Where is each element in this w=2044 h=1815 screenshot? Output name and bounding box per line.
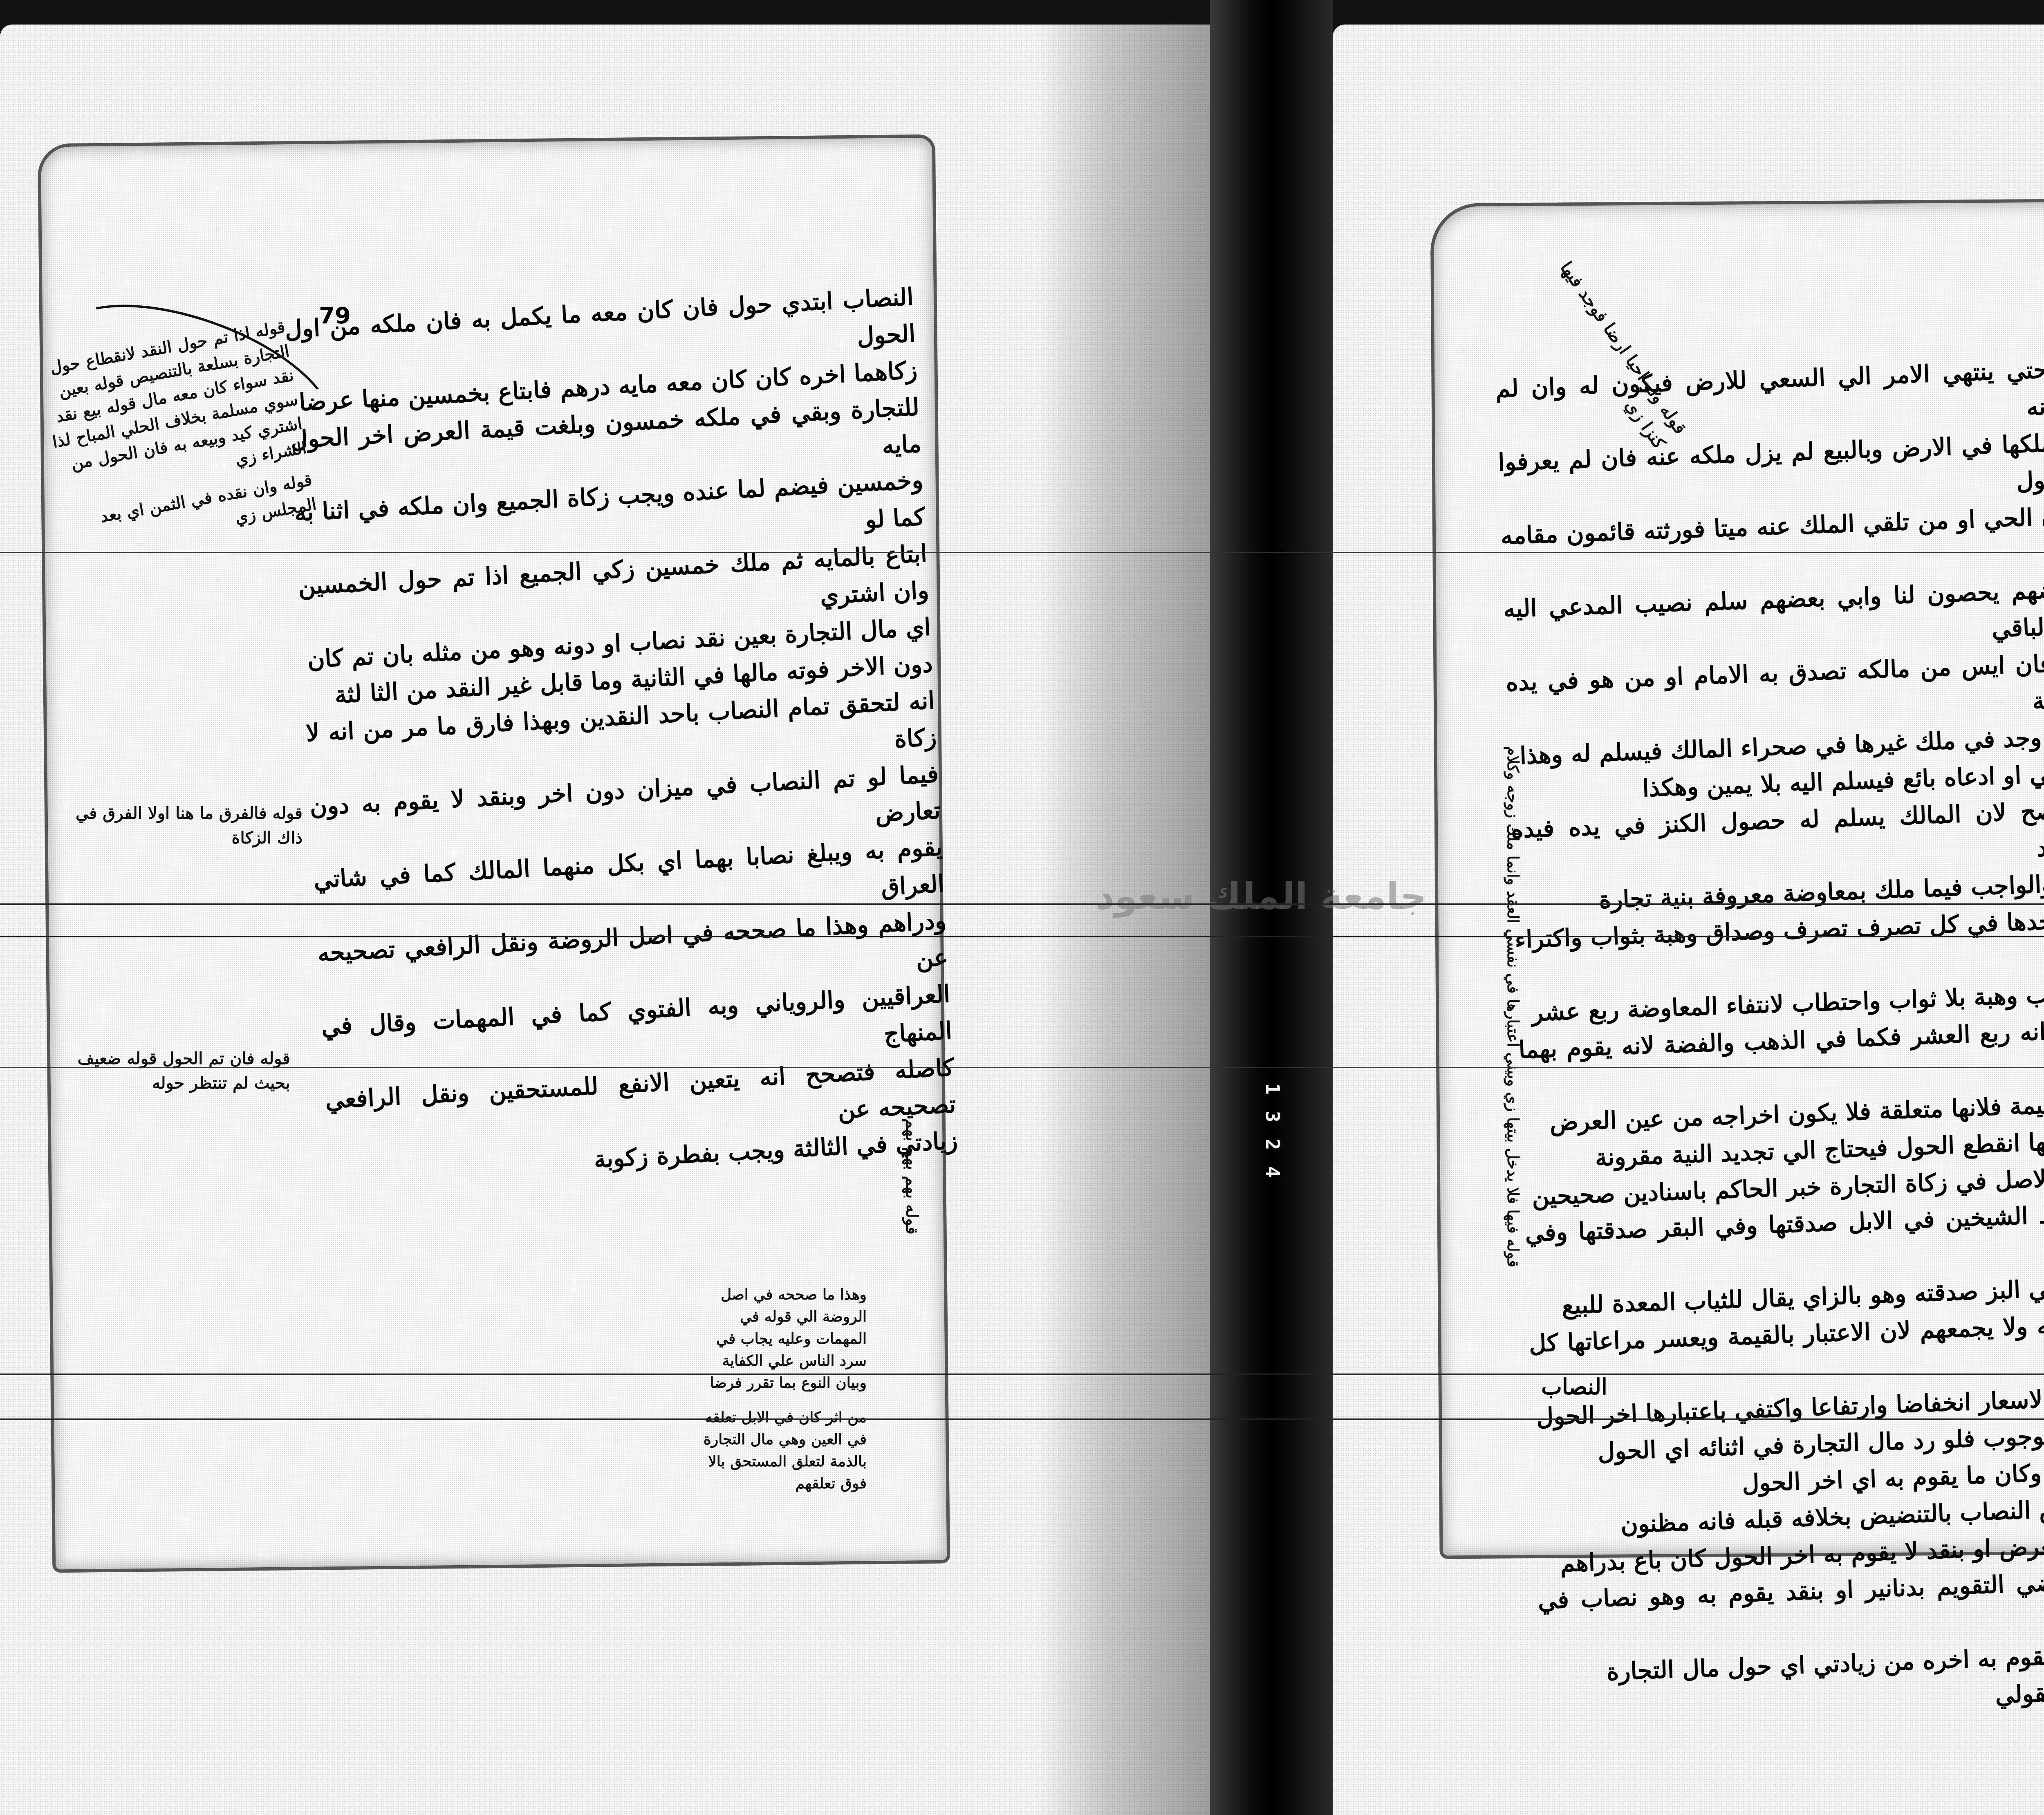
left-margin-note-middle: قوله فالفرق ما هنا اولا الفرق في ذاك الز… — [57, 801, 303, 850]
reel-number: 1324 — [1259, 1083, 1284, 1194]
film-scratch — [0, 1418, 2044, 1420]
left-margin-note-lower: قوله فان تم الحول قوله ضعيف بحيث لم تنتظ… — [61, 1046, 290, 1096]
film-scratch — [0, 936, 2044, 937]
film-scratch — [0, 903, 2044, 905]
library-watermark: جامعة الملك سعود — [1096, 875, 1427, 918]
left-margin-note-bottom: وهذا ما صححه في اصل الروضة الي قوله في ا… — [695, 1284, 867, 1495]
film-scratch — [0, 552, 2044, 553]
film-scratch — [0, 1067, 2044, 1068]
left-margin-note-vertical: قوله بهم بهم بهم — [858, 253, 924, 1235]
right-margin-note-left-vertical: قوله فيها فلا يدخل بيتها زي وبيني اعتبار… — [1464, 613, 1525, 1267]
catchword: النصاب — [1541, 1374, 1607, 1400]
right-main-text: وهكذا حتي ينتهي الامر الي السعي للارض في… — [1495, 349, 2044, 1392]
margin-note-text: وهذا ما صححه في اصل الروضة الي قوله في ا… — [695, 1284, 867, 1394]
left-page-shadow — [1038, 25, 1210, 1815]
film-scratch — [0, 1374, 2044, 1375]
